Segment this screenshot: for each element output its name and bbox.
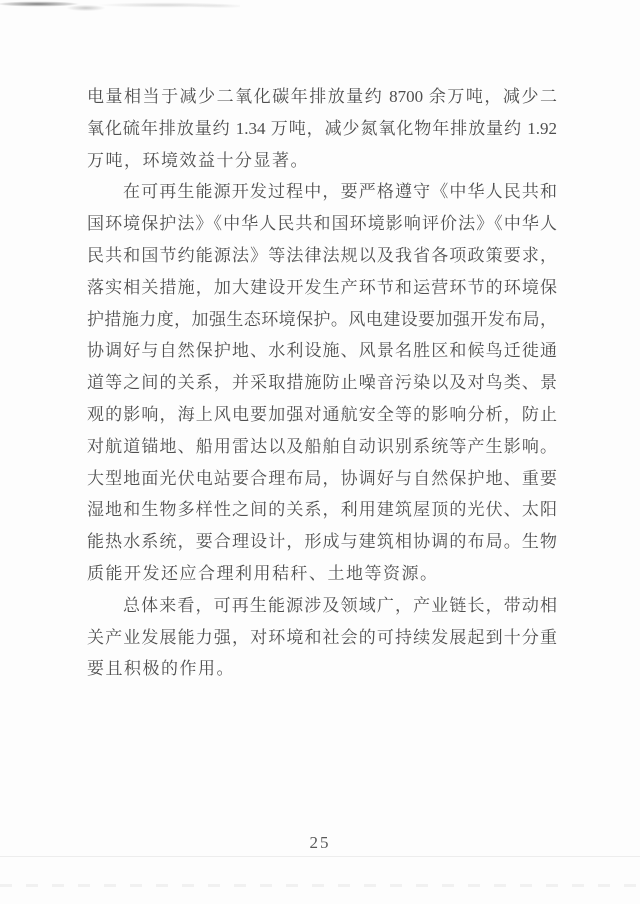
text-line: 国环境保护法》《中华人民共和国环境影响评价法》《中华人 xyxy=(87,208,557,240)
text-line: 电量相当于减少二氧化碳年排放量约 8700 余万吨，减少二 xyxy=(87,81,557,113)
text-line: 关产业发展能力强，对环境和社会的可持续发展起到十分重 xyxy=(87,622,557,654)
text-line: 氧化硫年排放量约 1.34 万吨，减少氮氧化物年排放量约 1.92 xyxy=(87,113,557,145)
text-line: 大型地面光伏电站要合理布局，协调好与自然保护地、重要 xyxy=(87,463,557,495)
document-text-block: 电量相当于减少二氧化碳年排放量约 8700 余万吨，减少二氧化硫年排放量约 1.… xyxy=(87,81,557,685)
text-line: 在可再生能源开发过程中，要严格遵守《中华人民共和 xyxy=(87,176,557,208)
text-line: 落实相关措施，加大建设开发生产环节和运营环节的环境保 xyxy=(87,272,557,304)
text-line: 协调好与自然保护地、水利设施、风景名胜区和候鸟迁徙通 xyxy=(87,335,557,367)
text-line: 万吨，环境效益十分显著。 xyxy=(87,145,557,177)
scan-dash-artifact xyxy=(0,884,640,887)
scanned-document-page: 电量相当于减少二氧化碳年排放量约 8700 余万吨，减少二氧化硫年排放量约 1.… xyxy=(0,0,640,904)
text-line: 总体来看，可再生能源涉及领域广，产业链长，带动相 xyxy=(87,590,557,622)
text-line: 湿地和生物多样性之间的关系，利用建筑屋顶的光伏、太阳 xyxy=(87,494,557,526)
text-line: 护措施力度，加强生态环境保护。风电建设要加强开发布局， xyxy=(87,304,557,336)
scan-line-artifact xyxy=(0,856,640,857)
text-line: 道等之间的关系，并采取措施防止噪音污染以及对鸟类、景 xyxy=(87,367,557,399)
text-line: 质能开发还应合理利用秸秆、土地等资源。 xyxy=(87,558,557,590)
text-line: 能热水系统，要合理设计，形成与建筑相协调的布局。生物 xyxy=(87,526,557,558)
text-line: 要且积极的作用。 xyxy=(87,653,557,685)
text-line: 观的影响，海上风电要加强对通航安全等的影响分析，防止 xyxy=(87,399,557,431)
scan-smudge-artifact xyxy=(0,0,240,14)
text-line: 对航道锚地、船用雷达以及船舶自动识别系统等产生影响。 xyxy=(87,431,557,463)
page-number: 25 xyxy=(0,833,640,853)
text-line: 民共和国节约能源法》等法律法规以及我省各项政策要求， xyxy=(87,240,557,272)
